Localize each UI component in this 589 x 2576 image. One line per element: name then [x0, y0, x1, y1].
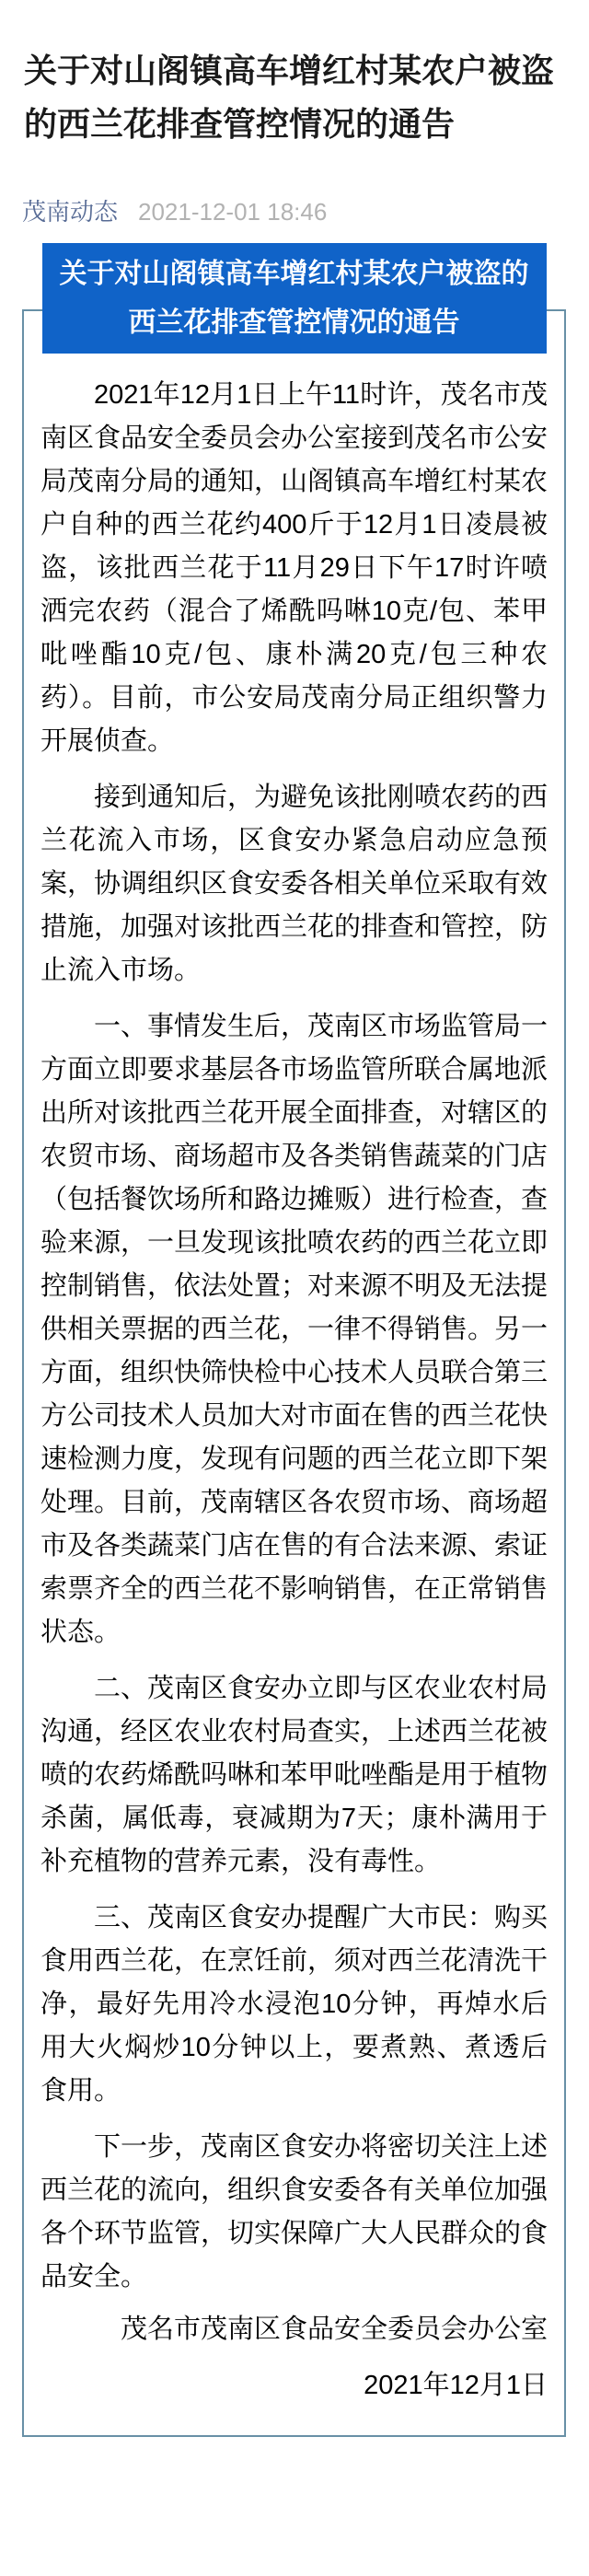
article-page: 关于对山阁镇高车增红村某农户被盗的西兰花排查管控情况的通告 茂南动态 2021-…	[0, 0, 589, 2576]
notice-paragraph: 二、茂南区食安办立即与区农业农村局沟通，经区农业农村局查实，上述西兰花被喷的农药…	[40, 1667, 548, 1884]
notice-paragraph: 一、事情发生后，茂南区市场监管局一方面立即要求基层各市场监管所联合属地派出所对该…	[40, 1005, 548, 1654]
notice-container: 关于对山阁镇高车增红村某农户被盗的西兰花排查管控情况的通告 2021年12月1日…	[22, 243, 566, 2437]
notice-title-banner: 关于对山阁镇高车增红村某农户被盗的西兰花排查管控情况的通告	[42, 243, 547, 354]
page-title: 关于对山阁镇高车增红村某农户被盗的西兰花排查管控情况的通告	[24, 44, 565, 151]
notice-paragraph: 三、茂南区食安办提醒广大市民：购买食用西兰花，在烹饪前，须对西兰花清洗干净，最好…	[40, 1897, 548, 2113]
notice-paragraph: 下一步，茂南区食安办将密切关注上述西兰花的流向，组织食安委各有关单位加强各个环节…	[40, 2126, 548, 2299]
notice-date: 2021年12月1日	[40, 2364, 548, 2408]
publish-datetime: 2021-12-01 18:46	[138, 193, 327, 230]
notice-signature: 茂名市茂南区食品安全委员会办公室	[40, 2308, 548, 2351]
notice-body-box: 2021年12月1日上午11时许，茂名市茂南区食品安全委员会办公室接到茂名市公安…	[22, 309, 566, 2437]
notice-paragraph: 接到通知后，为避免该批刚喷农药的西兰花流入市场，区食安办紧急启动应急预案，协调组…	[40, 776, 548, 992]
article-meta: 茂南动态 2021-12-01 18:46	[22, 193, 565, 230]
source-account-link[interactable]: 茂南动态	[22, 193, 118, 230]
notice-paragraphs: 2021年12月1日上午11时许，茂名市茂南区食品安全委员会办公室接到茂名市公安…	[40, 374, 548, 2299]
notice-paragraph: 2021年12月1日上午11时许，茂名市茂南区食品安全委员会办公室接到茂名市公安…	[40, 374, 548, 763]
